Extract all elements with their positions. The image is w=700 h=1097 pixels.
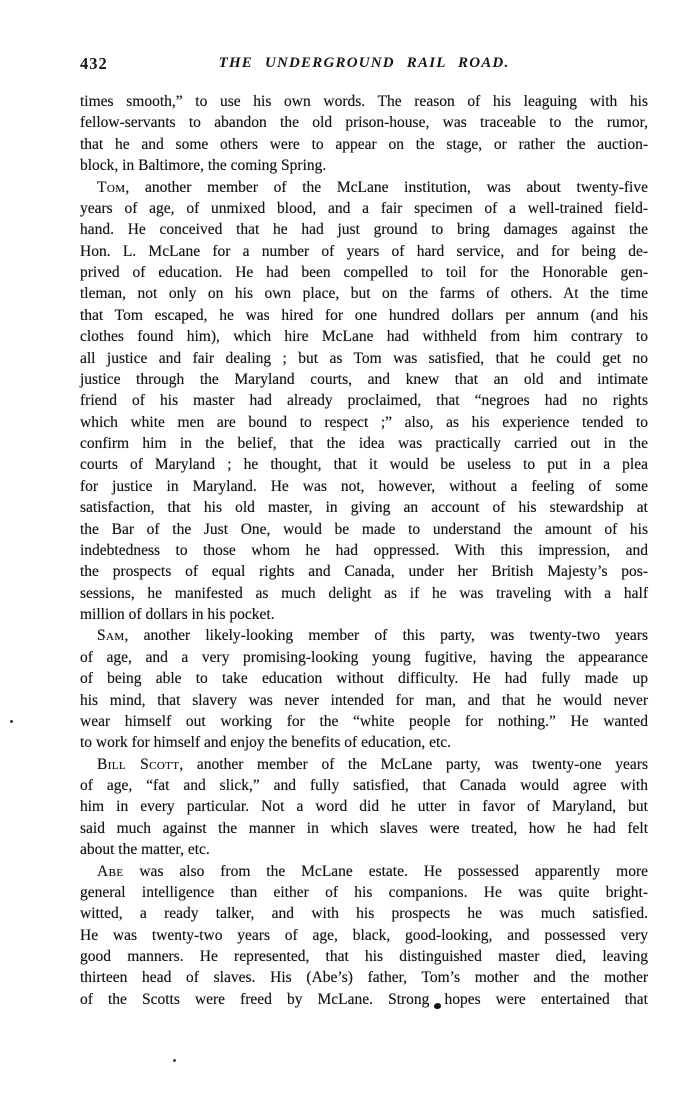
ink-blot (434, 1003, 441, 1009)
body-text: times smooth,” to use his own words. The… (80, 91, 648, 1010)
text-line: prived of education. He had been compell… (80, 262, 648, 283)
text-line: about the matter, etc. (80, 839, 648, 860)
page-header: 432 THE UNDERGROUND RAIL ROAD. (80, 54, 648, 74)
ink-speck (10, 720, 13, 723)
text-line: justice through the Maryland courts, and… (80, 369, 648, 390)
text-line: times smooth,” to use his own words. The… (80, 91, 648, 112)
text-line: Hon. L. McLane for a number of years of … (80, 241, 648, 262)
line-text: , another member of the McLane party, wa… (179, 756, 648, 773)
text-line: which white men are bound to respect ;” … (80, 412, 648, 433)
running-title: THE UNDERGROUND RAIL ROAD. (80, 54, 648, 72)
text-line: million of dollars in his pocket. (80, 604, 648, 625)
text-line: that Tom escaped, he was hired for one h… (80, 305, 648, 326)
text-line: good manners. He represented, that his d… (80, 946, 648, 967)
text-line: fellow-servants to abandon the old priso… (80, 112, 648, 133)
text-line: for justice in Maryland. He was not, how… (80, 476, 648, 497)
line-text: , another likely-looking member of this … (125, 627, 648, 644)
text-line: of age, “fat and slick,” and fully satis… (80, 775, 648, 796)
line-text: , another member of the McLane instituti… (125, 179, 648, 196)
text-line: courts of Maryland ; he thought, that it… (80, 454, 648, 475)
text-line: wear himself out working for the “white … (80, 711, 648, 732)
text-line: satisfaction, that his old master, in gi… (80, 497, 648, 518)
text-line: to work for himself and enjoy the benefi… (80, 732, 648, 753)
ink-speck (173, 1059, 176, 1062)
text-line: all justice and fair dealing ; but as To… (80, 348, 648, 369)
text-line: of age, and a very promising-looking you… (80, 647, 648, 668)
paragraph-lead-name: Abe (97, 863, 123, 880)
text-line: the Bar of the Just One, would be made t… (80, 519, 648, 540)
text-line: confirm him in the belief, that the idea… (80, 433, 648, 454)
text-line: said much against the manner in which sl… (80, 818, 648, 839)
text-line: years of age, of unmixed blood, and a fa… (80, 198, 648, 219)
text-line: the prospects of equal rights and Canada… (80, 561, 648, 582)
text-line: thirteen head of slaves. His (Abe’s) fat… (80, 967, 648, 988)
page-number: 432 (80, 54, 108, 74)
paragraph-lead-name: Tom (97, 179, 125, 196)
text-line: his mind, that slavery was never intende… (80, 690, 648, 711)
line-text: was also from the McLane estate. He poss… (123, 863, 648, 880)
text-line: block, in Baltimore, the coming Spring. (80, 155, 648, 176)
text-line: general intelligence than either of his … (80, 882, 648, 903)
text-line: of being able to take education without … (80, 668, 648, 689)
text-line: clothes found him), which hire McLane ha… (80, 326, 648, 347)
text-line: Bill Scott, another member of the McLane… (80, 754, 648, 775)
paragraph-lead-name: Sam (97, 627, 125, 644)
text-line: friend of his master had already proclai… (80, 390, 648, 411)
text-line: of the Scotts were freed by McLane. Stro… (80, 989, 648, 1010)
text-line: Abe was also from the McLane estate. He … (80, 861, 648, 882)
text-line: witted, a ready talker, and with his pro… (80, 903, 648, 924)
text-line: hand. He conceived that he had just grou… (80, 219, 648, 240)
text-line: sessions, he manifested as much delight … (80, 583, 648, 604)
text-line: indebtedness to those whom he had oppres… (80, 540, 648, 561)
paragraph-lead-name: Bill Scott (97, 756, 179, 773)
ink-speck (352, 97, 354, 99)
text-line: Sam, another likely-looking member of th… (80, 625, 648, 646)
text-line: He was twenty-two years of age, black, g… (80, 925, 648, 946)
book-page: 432 THE UNDERGROUND RAIL ROAD. times smo… (0, 0, 700, 1097)
text-line: that he and some others were to appear o… (80, 134, 648, 155)
text-line: tleman, not only on his own place, but o… (80, 283, 648, 304)
text-line: him in every particular. Not a word did … (80, 796, 648, 817)
text-line: Tom, another member of the McLane instit… (80, 177, 648, 198)
